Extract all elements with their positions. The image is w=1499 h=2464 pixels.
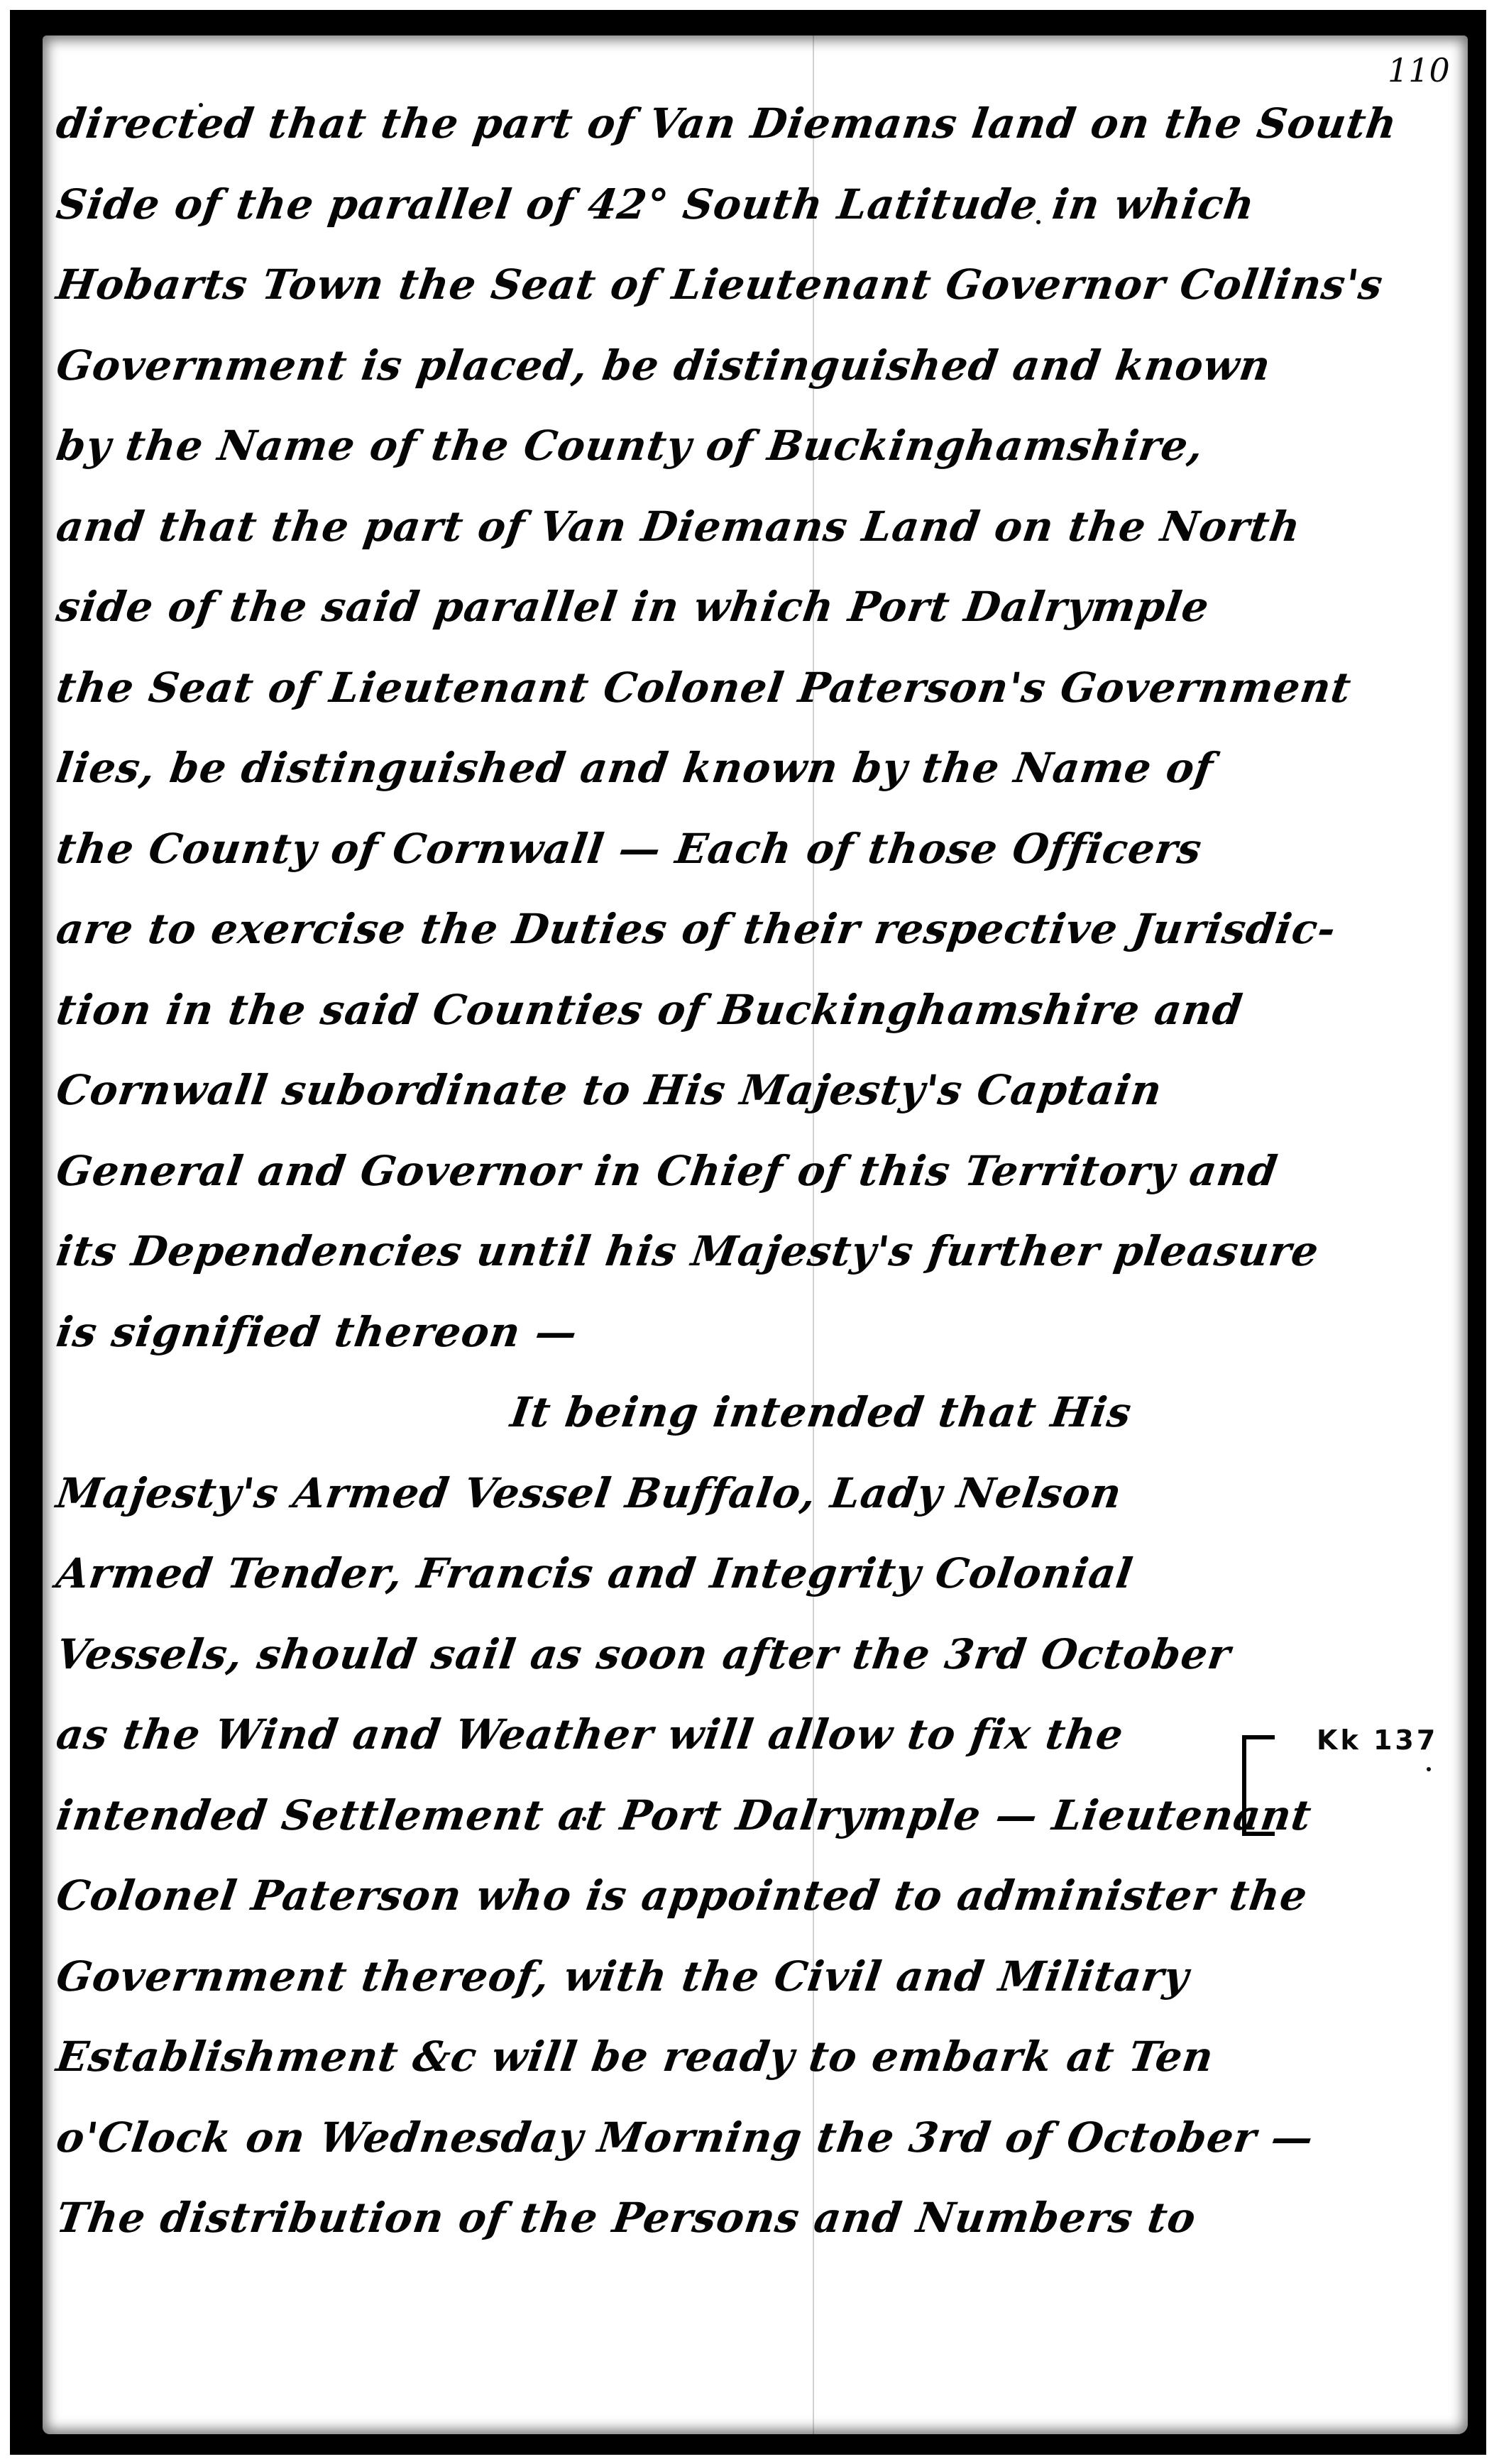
text-line: and that the part of Van Diemans Land on… — [51, 487, 1454, 568]
text-line: Cornwall subordinate to His Majesty's Ca… — [51, 1050, 1454, 1131]
text-line: Majesty's Armed Vessel Buffalo, Lady Nel… — [51, 1453, 1454, 1534]
manuscript-page: 110 directed that the part of Van Dieman… — [43, 35, 1468, 2434]
ink-speck — [199, 103, 203, 107]
ink-speck — [1036, 220, 1040, 224]
text-line: The distribution of the Persons and Numb… — [51, 2178, 1454, 2259]
handwritten-text-block: directed that the part of Van Diemans la… — [57, 84, 1448, 2259]
text-line: Hobarts Town the Seat of Lieutenant Gove… — [51, 245, 1454, 326]
text-line: the Seat of Lieutenant Colonel Paterson'… — [51, 648, 1454, 729]
text-line: Government is placed, be distinguished a… — [51, 326, 1454, 407]
text-line: by the Name of the County of Buckinghams… — [51, 406, 1454, 487]
text-line: General and Governor in Chief of this Te… — [51, 1131, 1454, 1212]
text-line: Vessels, should sail as soon after the 3… — [51, 1615, 1454, 1695]
text-line: o'Clock on Wednesday Morning the 3rd of … — [51, 2098, 1454, 2179]
ink-speck — [582, 1817, 586, 1821]
text-line: are to exercise the Duties of their resp… — [51, 889, 1454, 970]
margin-bracket — [1242, 1735, 1275, 1836]
text-line: Establishment &c will be ready to embark… — [51, 2017, 1454, 2098]
text-line: tion in the said Counties of Buckinghams… — [51, 970, 1454, 1051]
text-line: Colonel Paterson who is appointed to adm… — [51, 1856, 1454, 1937]
ink-speck — [1427, 1767, 1431, 1771]
text-line: is signified thereon — — [51, 1292, 1454, 1373]
text-line: directed that the part of Van Diemans la… — [51, 84, 1454, 165]
text-line: Armed Tender, Francis and Integrity Colo… — [51, 1534, 1454, 1615]
text-line-indented: It being intended that His — [51, 1373, 1454, 1453]
text-line: its Dependencies until his Majesty's fur… — [51, 1211, 1454, 1292]
text-line: the County of Cornwall — Each of those O… — [51, 809, 1454, 890]
text-line: lies, be distinguished and known by the … — [51, 728, 1454, 809]
margin-note: Kk 137 — [1317, 1725, 1438, 1756]
text-line: Side of the parallel of 42° South Latitu… — [51, 165, 1454, 246]
text-line: side of the said parallel in which Port … — [51, 567, 1454, 648]
text-line: Government thereof, with the Civil and M… — [51, 1937, 1454, 2018]
